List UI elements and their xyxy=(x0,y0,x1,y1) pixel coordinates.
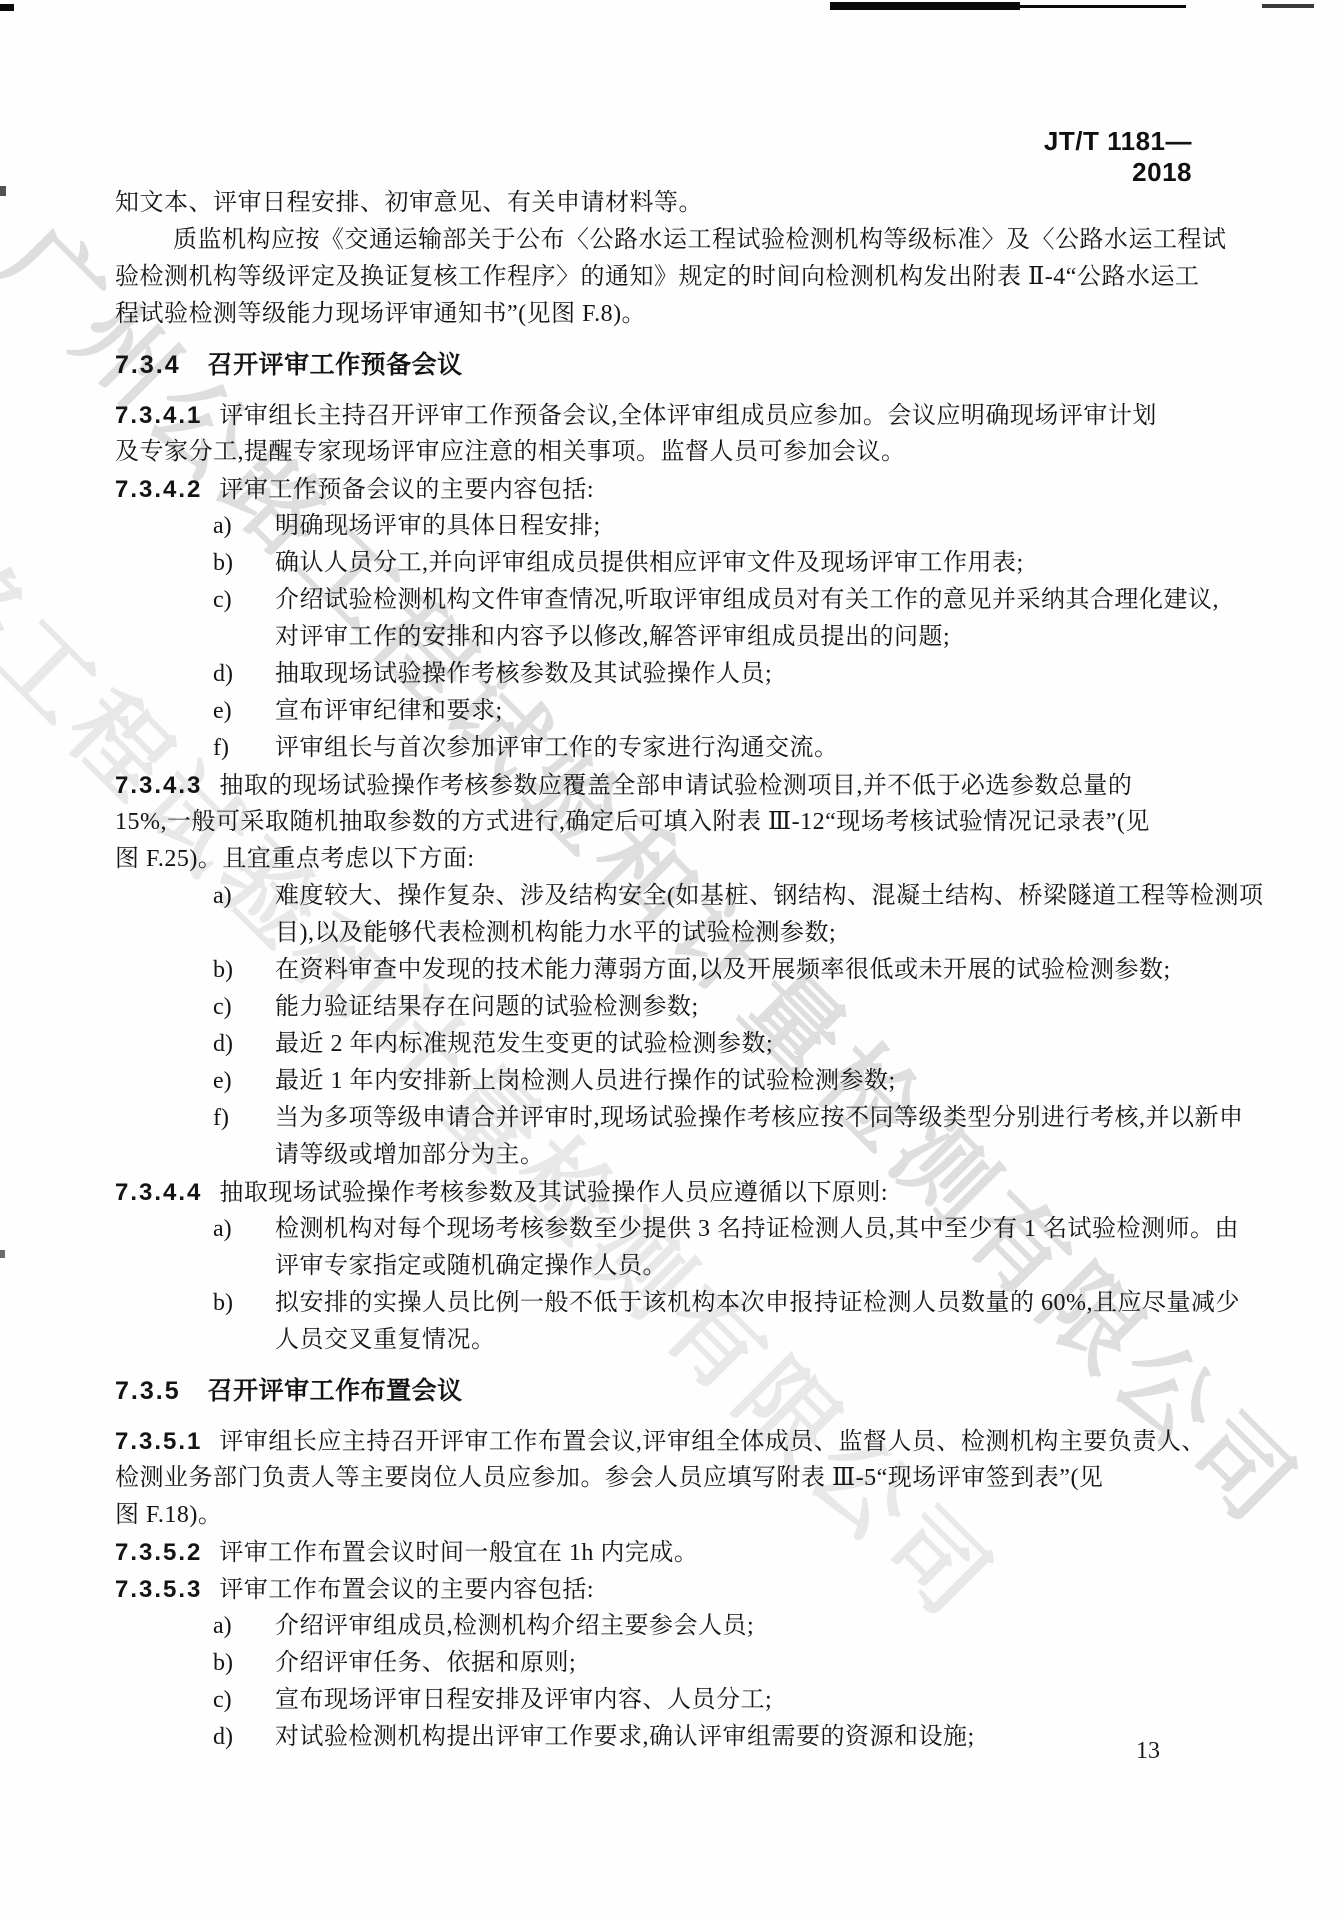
standard-number-header: JT/T 1181—2018 xyxy=(1000,126,1192,188)
scan-artifact xyxy=(1262,4,1314,8)
line-text: 及专家分工,提醒专家现场评审应注意的相关事项。监督人员可参加会议。 xyxy=(115,439,906,465)
line-text: 知文本、评审日程安排、初审意见、有关申请材料等。 xyxy=(115,190,703,216)
scan-artifact xyxy=(1018,5,1186,8)
text-line: 图 F.25)。且宜重点考虑以下方面: xyxy=(115,844,475,875)
text-line: c)介绍试验检测机构文件审查情况,听取评审组成员对有关工作的意见并采纳其合理化建… xyxy=(213,585,1219,616)
list-item-letter: e) xyxy=(213,696,275,727)
clause-number: 7.3.5.2 xyxy=(115,1539,202,1566)
text-line: f)当为多项等级申请合并评审时,现场试验操作考核应按不同等级类型分别进行考核,并… xyxy=(213,1103,1244,1134)
text-line: d)抽取现场试验操作考核参数及其试验操作人员; xyxy=(213,659,772,690)
text-line: 图 F.18)。 xyxy=(115,1500,222,1531)
text-line: 及专家分工,提醒专家现场评审应注意的相关事项。监督人员可参加会议。 xyxy=(115,437,906,468)
text-line: 7.3.5.1评审组长应主持召开评审工作布置会议,评审组全体成员、监督人员、检测… xyxy=(115,1426,1206,1458)
list-item-letter: a) xyxy=(213,881,275,912)
text-line: f)评审组长与首次参加评审工作的专家进行沟通交流。 xyxy=(213,733,839,764)
line-text: 15%,一般可采取随机抽取参数的方式进行,确定后可填入附表 Ⅲ-12“现场考核试… xyxy=(115,809,1150,835)
list-item-letter: f) xyxy=(213,1103,275,1134)
scan-artifact xyxy=(830,2,1020,10)
list-item-letter: a) xyxy=(213,511,275,542)
list-item-letter: a) xyxy=(213,1214,275,1245)
line-text: 请等级或增加部分为主。 xyxy=(275,1142,545,1168)
text-line: a)难度较大、操作复杂、涉及结构安全(如基桩、钢结构、混凝土结构、桥梁隧道工程等… xyxy=(213,881,1264,912)
text-line: a)明确现场评审的具体日程安排; xyxy=(213,511,601,542)
line-text: 抽取现场试验操作考核参数及其试验操作人员应遵循以下原则: xyxy=(219,1180,888,1206)
line-text: 确认人员分工,并向评审组成员提供相应评审文件及现场评审工作用表; xyxy=(275,550,1024,576)
line-text: 最近 2 年内标准规范发生变更的试验检测参数; xyxy=(275,1031,773,1057)
text-line: d)最近 2 年内标准规范发生变更的试验检测参数; xyxy=(213,1029,773,1060)
list-item-letter: b) xyxy=(213,955,275,986)
text-line: 7.3.4.3抽取的现场试验操作考核参数应覆盖全部申请试验检测项目,并不低于必选… xyxy=(115,770,1132,802)
text-line: 验检测机构等级评定及换证复核工作程序〉的通知》规定的时间向检测机构发出附表 Ⅱ-… xyxy=(115,262,1199,293)
clause-number: 7.3.4.1 xyxy=(115,402,202,429)
line-text: 抽取的现场试验操作考核参数应覆盖全部申请试验检测项目,并不低于必选参数总量的 xyxy=(219,773,1132,799)
text-line: 质监机构应按《交通运输部关于公布〈公路水运工程试验检测机构等级标准〉及〈公路水运… xyxy=(173,225,1227,256)
text-line: 程试验检测等级能力现场评审通知书”(见图 F.8)。 xyxy=(115,299,646,330)
list-item-letter: d) xyxy=(213,1722,275,1753)
text-line: b)在资料审查中发现的技术能力薄弱方面,以及开展频率很低或未开展的试验检测参数; xyxy=(213,955,1171,986)
line-text: 检测机构对每个现场考核参数至少提供 3 名持证检测人员,其中至少有 1 名试验检… xyxy=(275,1216,1239,1242)
line-text: 介绍试验检测机构文件审查情况,听取评审组成员对有关工作的意见并采纳其合理化建议, xyxy=(275,587,1219,613)
section-heading: 7.3.4召开评审工作预备会议 xyxy=(115,350,463,381)
line-text: 人员交叉重复情况。 xyxy=(275,1327,496,1353)
list-item-letter: c) xyxy=(213,1685,275,1716)
line-text: 介绍评审任务、依据和原则; xyxy=(275,1650,576,1676)
line-text: 在资料审查中发现的技术能力薄弱方面,以及开展频率很低或未开展的试验检测参数; xyxy=(275,957,1171,983)
line-text: 最近 1 年内安排新上岗检测人员进行操作的试验检测参数; xyxy=(275,1068,896,1094)
line-text: 程试验检测等级能力现场评审通知书”(见图 F.8)。 xyxy=(115,301,646,327)
text-line: a)检测机构对每个现场考核参数至少提供 3 名持证检测人员,其中至少有 1 名试… xyxy=(213,1214,1239,1245)
line-text: 拟安排的实操人员比例一般不低于该机构本次申报持证检测人员数量的 60%,且应尽量… xyxy=(275,1290,1240,1316)
list-item-letter: e) xyxy=(213,1066,275,1097)
clause-number: 7.3.4.4 xyxy=(115,1179,202,1206)
line-text: 验检测机构等级评定及换证复核工作程序〉的通知》规定的时间向检测机构发出附表 Ⅱ-… xyxy=(115,264,1199,290)
text-line: 目),以及能够代表检测机构能力水平的试验检测参数; xyxy=(275,918,836,949)
line-text: 图 F.18)。 xyxy=(115,1502,222,1528)
line-text: 评审组长与首次参加评审工作的专家进行沟通交流。 xyxy=(275,735,839,761)
scan-artifact xyxy=(0,4,14,11)
text-line: 7.3.5.2评审工作布置会议时间一般宜在 1h 内完成。 xyxy=(115,1537,698,1569)
line-text: 检测业务部门负责人等主要岗位人员应参加。参会人员应填写附表 Ⅲ-5“现场评审签到… xyxy=(115,1465,1103,1491)
list-item-letter: b) xyxy=(213,548,275,579)
line-text: 召开评审工作布置会议 xyxy=(208,1377,463,1405)
text-line: 15%,一般可采取随机抽取参数的方式进行,确定后可填入附表 Ⅲ-12“现场考核试… xyxy=(115,807,1150,838)
section-heading: 7.3.5召开评审工作布置会议 xyxy=(115,1376,463,1407)
line-text: 宣布评审纪律和要求; xyxy=(275,698,503,724)
text-line: 7.3.5.3评审工作布置会议的主要内容包括: xyxy=(115,1574,594,1606)
text-line: b)介绍评审任务、依据和原则; xyxy=(213,1648,576,1679)
line-text: 评审工作布置会议时间一般宜在 1h 内完成。 xyxy=(219,1540,698,1566)
line-text: 质监机构应按《交通运输部关于公布〈公路水运工程试验检测机构等级标准〉及〈公路水运… xyxy=(173,227,1227,253)
list-item-letter: f) xyxy=(213,733,275,764)
line-text: 抽取现场试验操作考核参数及其试验操作人员; xyxy=(275,661,772,687)
clause-number: 7.3.4.3 xyxy=(115,772,202,799)
line-text: 评审组长应主持召开评审工作布置会议,评审组全体成员、监督人员、检测机构主要负责人… xyxy=(219,1429,1206,1455)
line-text: 召开评审工作预备会议 xyxy=(208,351,463,379)
line-text: 评审专家指定或随机确定操作人员。 xyxy=(275,1253,667,1279)
clause-number: 7.3.4 xyxy=(115,351,181,379)
text-line: c)能力验证结果存在问题的试验检测参数; xyxy=(213,992,699,1023)
text-line: b)确认人员分工,并向评审组成员提供相应评审文件及现场评审工作用表; xyxy=(213,548,1024,579)
text-line: c)宣布现场评审日程安排及评审内容、人员分工; xyxy=(213,1685,772,1716)
scan-artifact xyxy=(0,186,6,196)
text-line: 对评审工作的安排和内容予以修改,解答评审组成员提出的问题; xyxy=(275,622,950,653)
text-line: 人员交叉重复情况。 xyxy=(275,1325,496,1356)
list-item-letter: c) xyxy=(213,585,275,616)
text-line: e)最近 1 年内安排新上岗检测人员进行操作的试验检测参数; xyxy=(213,1066,896,1097)
line-text: 对评审工作的安排和内容予以修改,解答评审组成员提出的问题; xyxy=(275,624,950,650)
text-line: 知文本、评审日程安排、初审意见、有关申请材料等。 xyxy=(115,188,703,219)
line-text: 目),以及能够代表检测机构能力水平的试验检测参数; xyxy=(275,920,836,946)
text-line: b)拟安排的实操人员比例一般不低于该机构本次申报持证检测人员数量的 60%,且应… xyxy=(213,1288,1240,1319)
clause-number: 7.3.5.3 xyxy=(115,1576,202,1603)
clause-number: 7.3.5 xyxy=(115,1377,181,1405)
clause-number: 7.3.4.2 xyxy=(115,476,202,503)
list-item-letter: b) xyxy=(213,1648,275,1679)
text-line: 检测业务部门负责人等主要岗位人员应参加。参会人员应填写附表 Ⅲ-5“现场评审签到… xyxy=(115,1463,1103,1494)
line-text: 评审工作预备会议的主要内容包括: xyxy=(219,477,594,503)
list-item-letter: a) xyxy=(213,1611,275,1642)
page-number: 13 xyxy=(1136,1738,1160,1765)
text-line: 7.3.4.1评审组长主持召开评审工作预备会议,全体评审组成员应参加。会议应明确… xyxy=(115,400,1157,432)
list-item-letter: d) xyxy=(213,659,275,690)
text-line: 请等级或增加部分为主。 xyxy=(275,1140,545,1171)
line-text: 宣布现场评审日程安排及评审内容、人员分工; xyxy=(275,1687,772,1713)
text-line: d)对试验检测机构提出评审工作要求,确认评审组需要的资源和设施; xyxy=(213,1722,975,1753)
text-line: 7.3.4.2评审工作预备会议的主要内容包括: xyxy=(115,474,594,506)
scanned-document-page: 广州公路工程试验和计量检测有限公司 广州公路工程试验和计量检测有限公司 JT/T… xyxy=(0,0,1344,1919)
line-text: 对试验检测机构提出评审工作要求,确认评审组需要的资源和设施; xyxy=(275,1724,975,1750)
text-line: e)宣布评审纪律和要求; xyxy=(213,696,503,727)
text-line: 评审专家指定或随机确定操作人员。 xyxy=(275,1251,667,1282)
line-text: 难度较大、操作复杂、涉及结构安全(如基桩、钢结构、混凝土结构、桥梁隧道工程等检测… xyxy=(275,883,1264,909)
scan-artifact xyxy=(0,1250,5,1258)
line-text: 评审工作布置会议的主要内容包括: xyxy=(219,1577,594,1603)
text-line: 7.3.4.4抽取现场试验操作考核参数及其试验操作人员应遵循以下原则: xyxy=(115,1177,888,1209)
list-item-letter: d) xyxy=(213,1029,275,1060)
line-text: 明确现场评审的具体日程安排; xyxy=(275,513,601,539)
line-text: 当为多项等级申请合并评审时,现场试验操作考核应按不同等级类型分别进行考核,并以新… xyxy=(275,1105,1244,1131)
line-text: 能力验证结果存在问题的试验检测参数; xyxy=(275,994,699,1020)
line-text: 介绍评审组成员,检测机构介绍主要参会人员; xyxy=(275,1613,754,1639)
clause-number: 7.3.5.1 xyxy=(115,1428,202,1455)
line-text: 图 F.25)。且宜重点考虑以下方面: xyxy=(115,846,475,872)
text-line: a)介绍评审组成员,检测机构介绍主要参会人员; xyxy=(213,1611,754,1642)
line-text: 评审组长主持召开评审工作预备会议,全体评审组成员应参加。会议应明确现场评审计划 xyxy=(219,403,1157,429)
list-item-letter: b) xyxy=(213,1288,275,1319)
list-item-letter: c) xyxy=(213,992,275,1023)
